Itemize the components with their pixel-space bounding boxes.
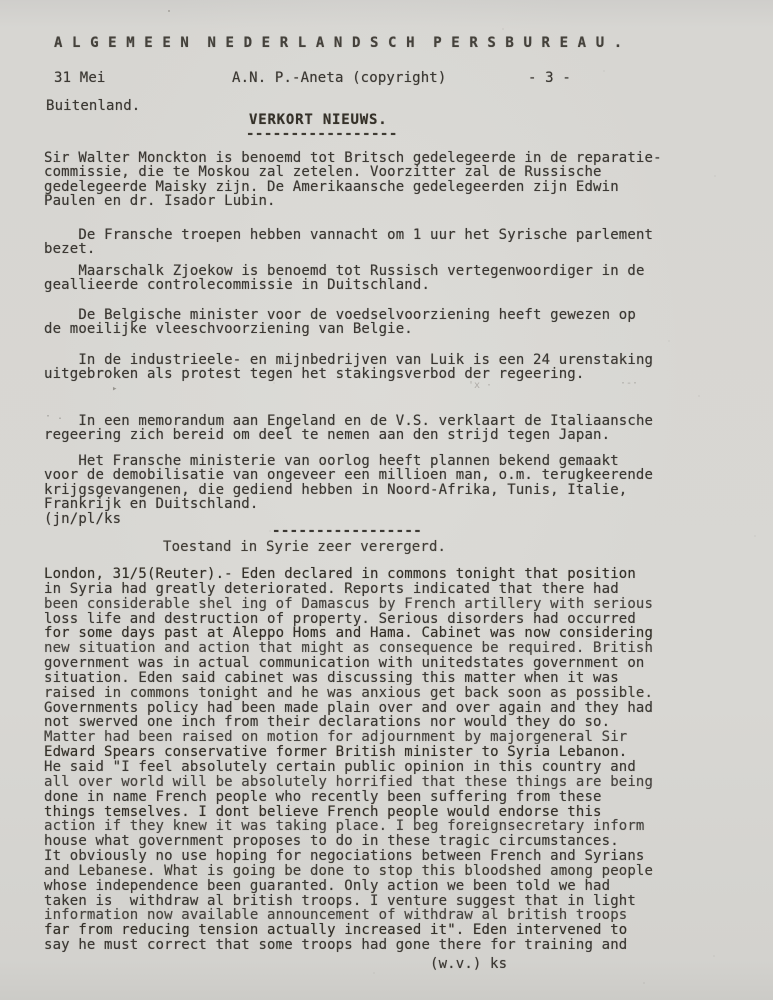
page-number: - 3 - <box>528 71 571 85</box>
bulletin-paragraph: In een memorandum aan Engeland en de V.S… <box>44 414 704 443</box>
bulletin-paragraph: Het Fransche ministerie van oorlog heeft… <box>44 454 704 526</box>
date-label: 31 Mei <box>54 71 105 85</box>
bulletin-paragraph: Maarschalk Zjoekow is benoemd tot Russis… <box>44 264 704 293</box>
agency-header: A L G E M E E N N E D E R L A N D S C H … <box>54 36 623 50</box>
bulletin-paragraph: De Belgische minister voor de voedselvoo… <box>44 308 704 337</box>
separator-dashes: ----------------- <box>272 524 422 538</box>
article-credit: (w.v.) ks <box>430 957 507 971</box>
ink-smudge: 'x · <box>468 380 492 391</box>
document-content: A L G E M E E N N E D E R L A N D S C H … <box>0 0 773 1000</box>
article-heading: Toestand in Syrie zeer verergerd. <box>163 540 446 554</box>
bulletin-paragraph: De Fransche troepen hebben vannacht om 1… <box>44 228 704 257</box>
ink-smudge: · . <box>45 411 63 422</box>
ink-smudge: ·-· <box>620 378 638 389</box>
title-underline: ----------------- <box>246 127 398 141</box>
ink-smudge: ▸ <box>112 384 117 394</box>
bulletin-paragraph: Sir Walter Monckton is benoemd tot Brits… <box>44 151 704 209</box>
document-page: A L G E M E E N N E D E R L A N D S C H … <box>0 0 773 1000</box>
bulletin-paragraph: In de industrieele- en mijnbedrijven van… <box>44 353 704 382</box>
article-body: London, 31/5(Reuter).- Eden declared in … <box>44 567 724 953</box>
section-label: Buitenland. <box>46 99 140 113</box>
copyright-line: A.N. P.-Aneta (copyright) <box>232 71 446 85</box>
